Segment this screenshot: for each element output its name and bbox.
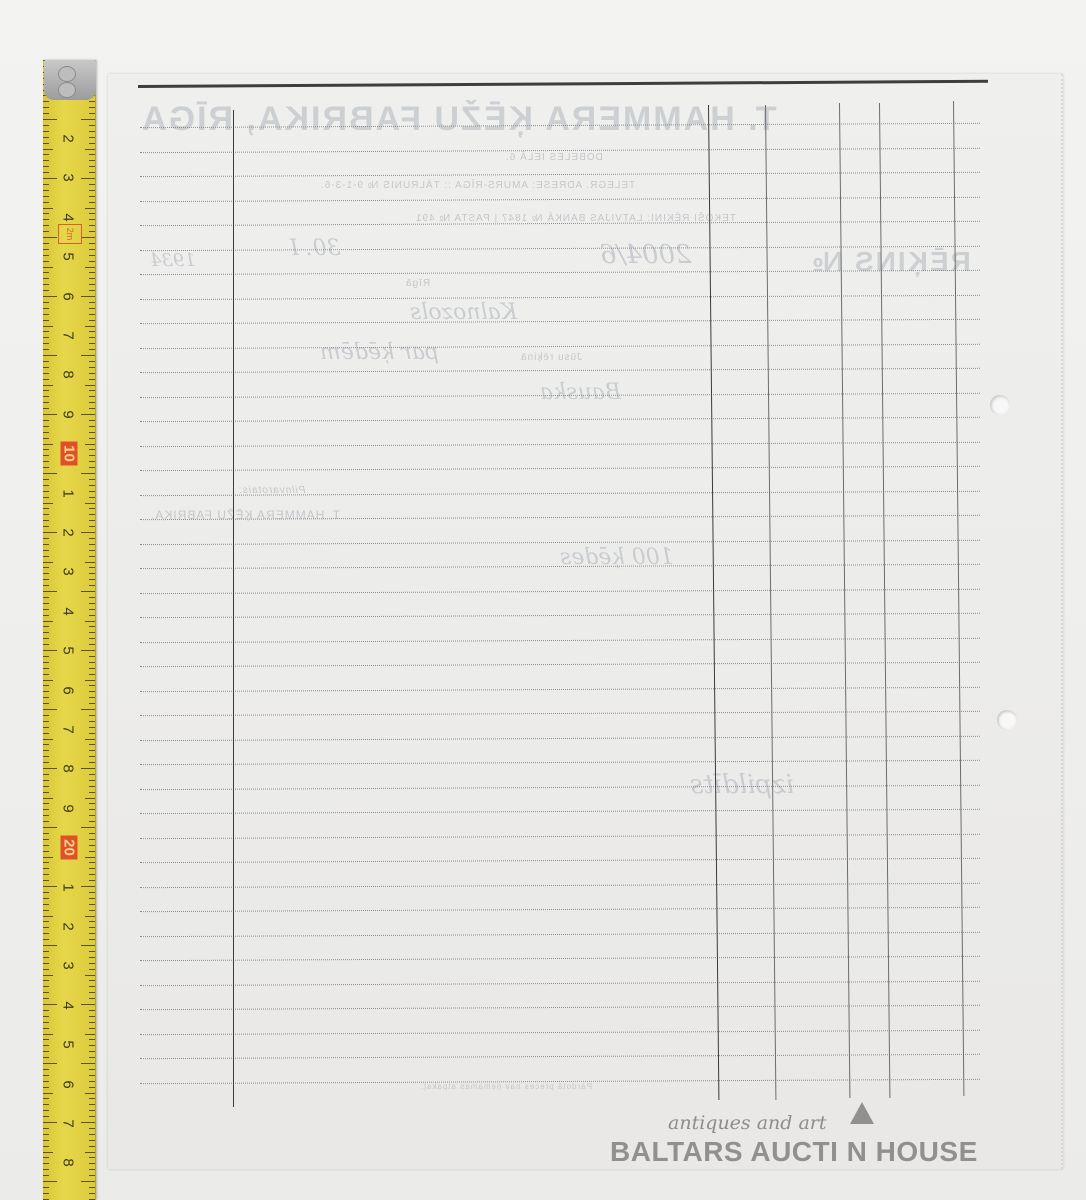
ghost-telegraph-line: TELEGR. ADRESE: AMURS-RĪGA :: TĀLRUNIS №… — [320, 180, 635, 191]
tape-number-label: 9 — [60, 403, 77, 425]
tape-number-label: 5 — [60, 640, 77, 662]
ghost-footer-print: Pārdotā preces nav ņemamas atpakaļ. — [420, 1082, 592, 1091]
tape-number-label: 6 — [60, 679, 77, 701]
ghost-company-heading: T. HAMMERA ĶĒŽU FABRIKA, RĪGA — [140, 100, 777, 139]
tape-number-label: 8 — [60, 1152, 77, 1174]
tape-hook — [44, 60, 96, 100]
tape-number-label: 3 — [60, 167, 77, 189]
tape-measure: 2m — [43, 60, 96, 1200]
ghost-address-line: DOBELES IELĀ 6. — [505, 152, 603, 163]
tape-number-label: 6 — [60, 285, 77, 307]
tape-number-label: 3 — [60, 561, 77, 583]
tape-number-label: 2 — [60, 522, 77, 544]
punch-hole-top — [990, 395, 1010, 415]
tape-number-label: 4 — [60, 206, 77, 228]
tape-number-label: 8 — [60, 758, 77, 780]
tape-number-label: 7 — [60, 325, 77, 347]
tape-number-label: 8 — [60, 364, 77, 386]
tape-number-label: 3 — [60, 955, 77, 977]
tape-number-label: 6 — [60, 1073, 77, 1095]
watermark-name: BALTARS AUCTI N HOUSE — [610, 1136, 978, 1168]
tape-number-label: 1 — [60, 876, 77, 898]
tape-number-label: 7 — [60, 719, 77, 741]
tape-number-label: 5 — [60, 246, 77, 268]
tape-number-label: 4 — [60, 994, 77, 1016]
ghost-year: 1934 — [150, 250, 196, 271]
tape-number-label: 1 — [60, 482, 77, 504]
tape-number-label: 2 — [60, 916, 77, 938]
ghost-invoice-label: RĒĶINS № — [810, 246, 971, 278]
ghost-for-label: Jūsu rēķinā — [520, 352, 582, 363]
column-line-1 — [233, 110, 234, 1107]
ghost-invoice-number: 2004/6 — [600, 240, 691, 270]
tape-number-label: 4 — [60, 600, 77, 622]
tape-number-label: 10 — [61, 442, 78, 466]
watermark: antiques and art BALTARS AUCTI N HOUSE — [610, 1110, 1010, 1170]
ghost-handwritten-3: Bauska — [540, 380, 621, 405]
tape-number-label: 5 — [60, 1034, 77, 1056]
tape-number-label: 7 — [60, 1113, 77, 1135]
tape-number-label: 2 — [60, 128, 77, 150]
watermark-tagline: antiques and art — [668, 1112, 827, 1134]
rivet-icon — [58, 66, 76, 82]
ghost-handwritten-2: par ķēdēm — [320, 340, 439, 365]
crown-icon — [850, 1102, 874, 1124]
tape-number-label: 9 — [60, 797, 77, 819]
rivet-icon — [58, 82, 76, 98]
ghost-place-label: Rīgā — [405, 278, 430, 289]
punch-hole-bottom — [997, 710, 1017, 730]
tape-number-label: 20 — [61, 836, 78, 860]
